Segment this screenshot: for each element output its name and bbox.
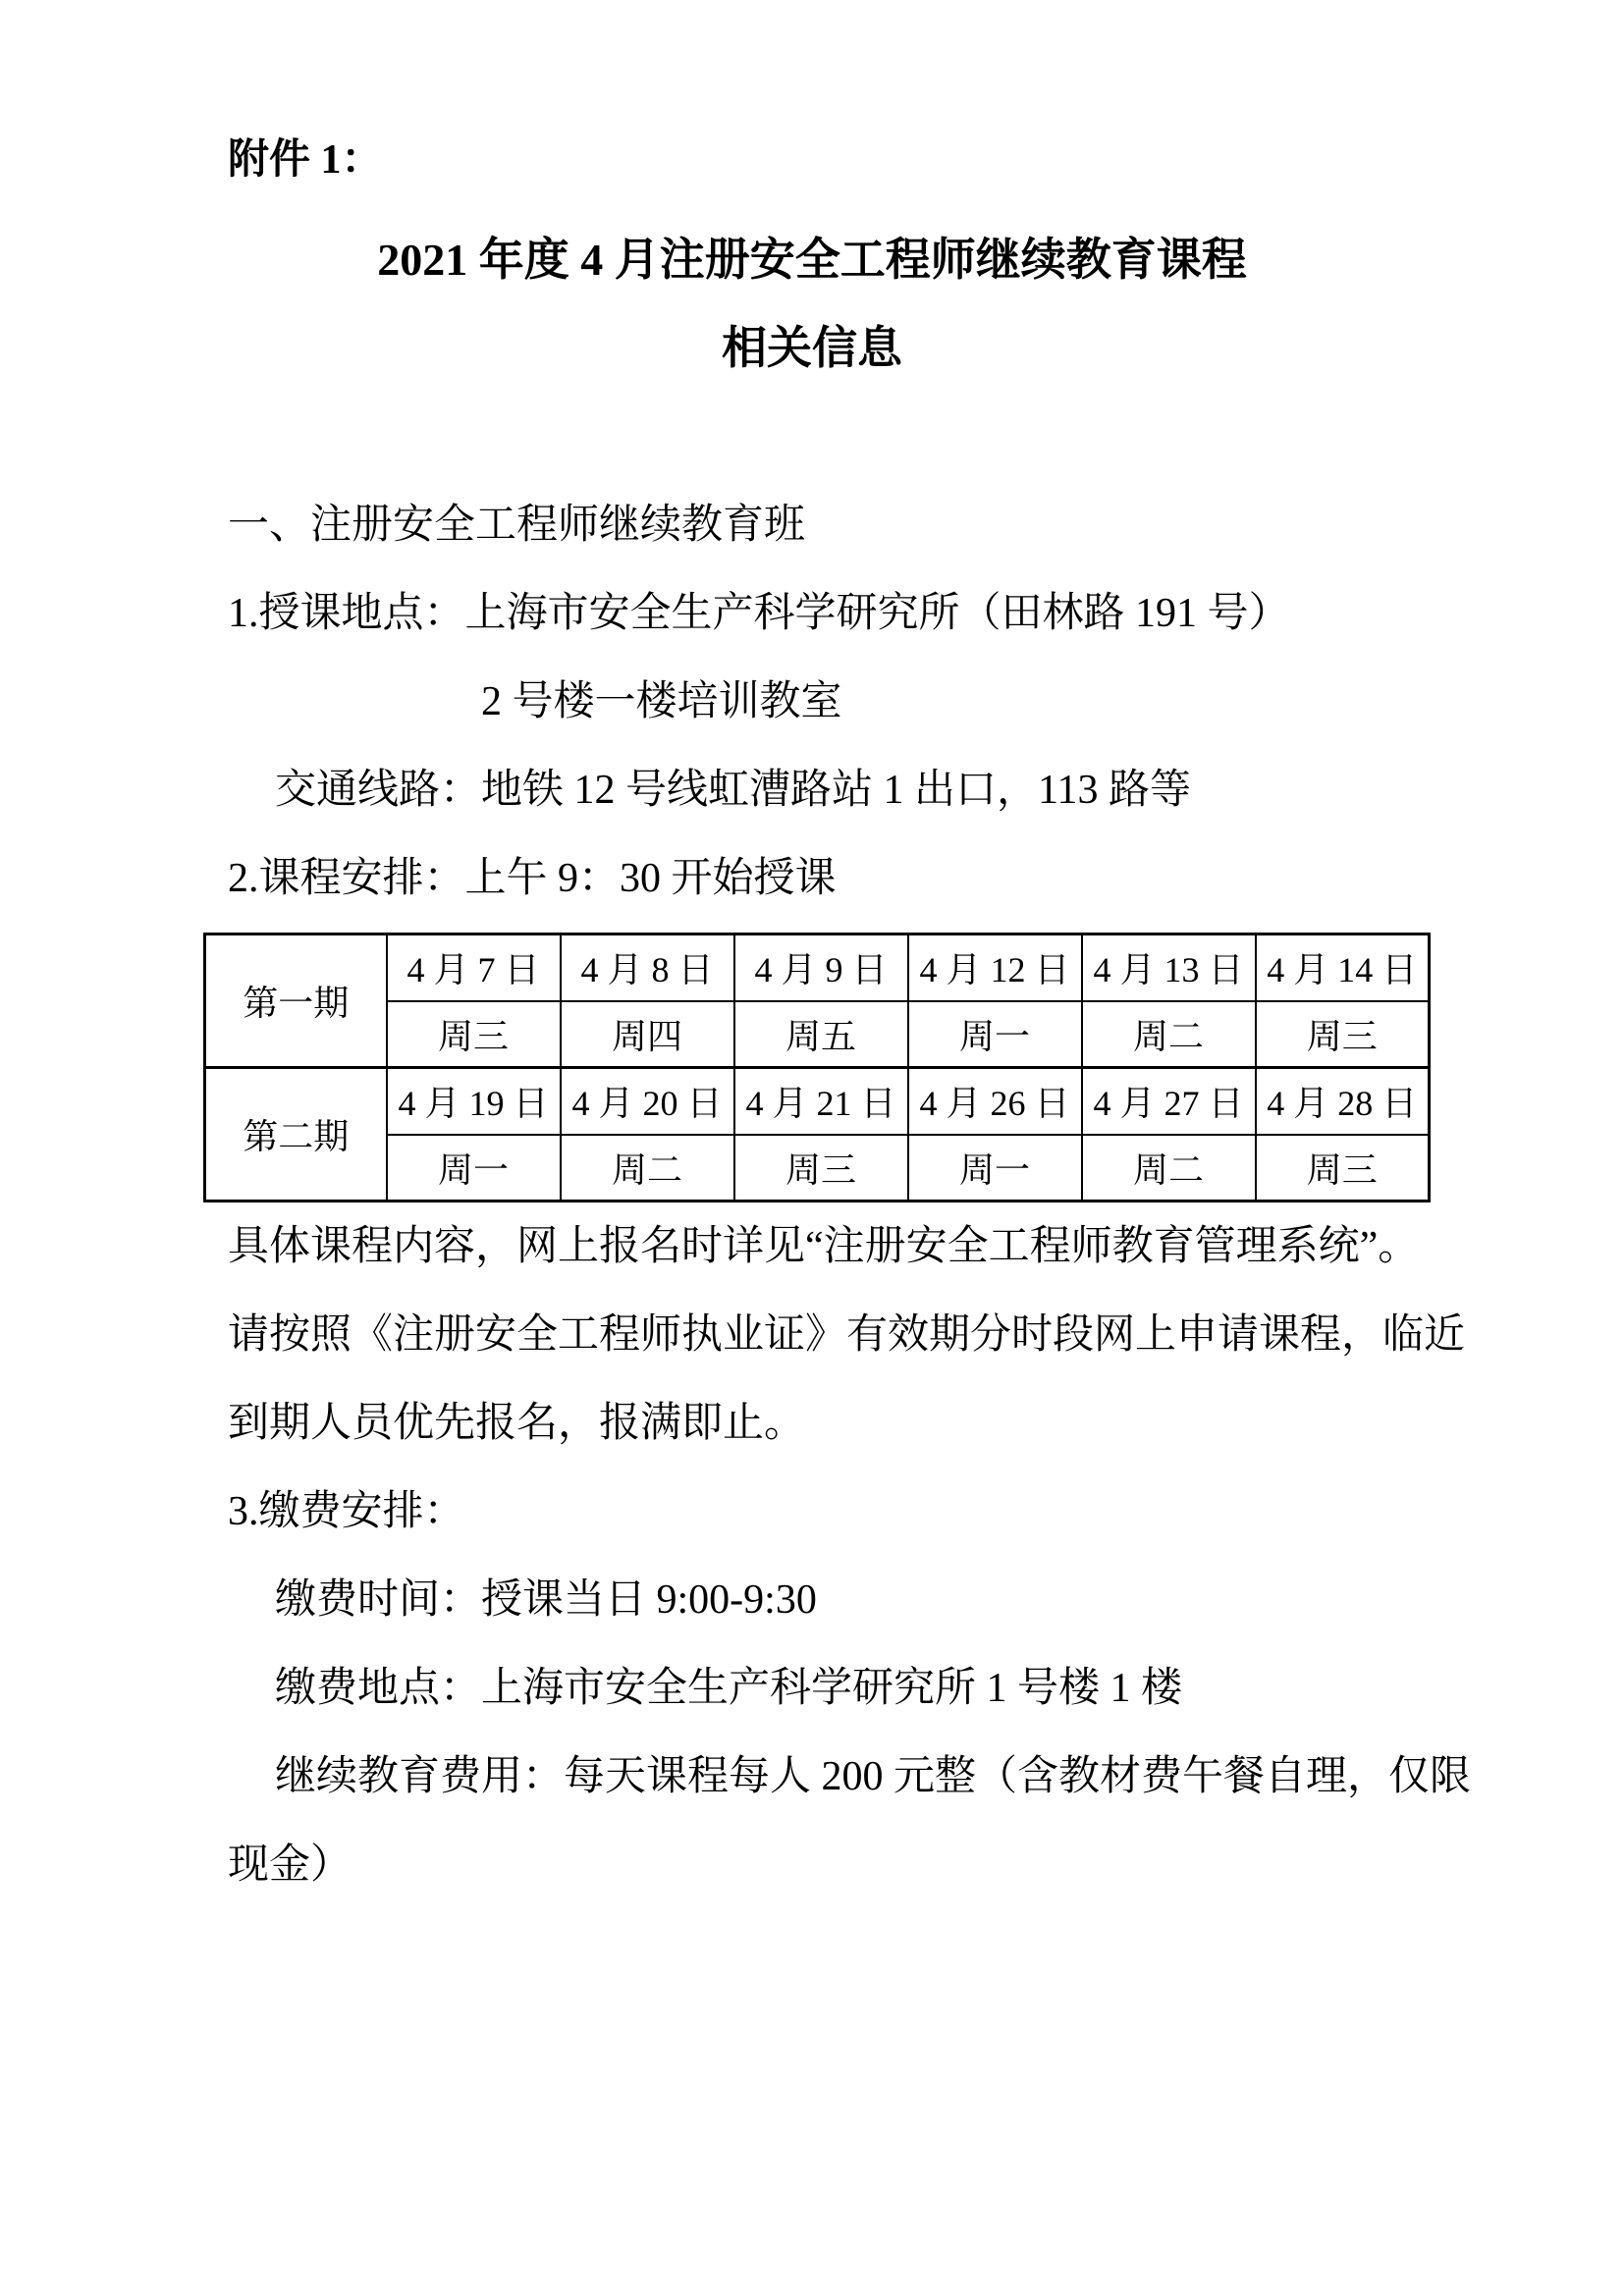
date-cell: 4 月 12 日 [908,934,1082,1001]
date-cell: 4 月 26 日 [908,1068,1082,1135]
attachment-label: 附件 1： [228,116,1624,204]
table-row-period1-weekdays: 周三 周四 周五 周一 周二 周三 [205,1001,1430,1068]
weekday-cell: 周二 [1082,1135,1256,1201]
schedule-table: 第一期 4 月 7 日 4 月 8 日 4 月 9 日 4 月 12 日 4 月… [203,933,1431,1202]
table-row-period1-dates: 第一期 4 月 7 日 4 月 8 日 4 月 9 日 4 月 12 日 4 月… [205,934,1430,1001]
section-heading: 一、注册安全工程师继续教育班 [228,481,1487,569]
para-course-note-3: 到期人员优先报名，报满即止。 [228,1379,1487,1468]
document-title: 2021 年度 4 月注册安全工程师继续教育课程 [0,216,1624,304]
weekday-cell: 周三 [1256,1001,1430,1068]
weekday-cell: 周二 [561,1135,734,1201]
weekday-cell: 周二 [1082,1001,1256,1068]
table-row-period2-dates: 第二期 4 月 19 日 4 月 20 日 4 月 21 日 4 月 26 日 … [205,1068,1430,1135]
table-row-period2-weekdays: 周一 周二 周三 周一 周二 周三 [205,1135,1430,1201]
document-page: 附件 1： 2021 年度 4 月注册安全工程师继续教育课程 相关信息 一、注册… [0,0,1624,2296]
date-cell: 4 月 8 日 [561,934,734,1001]
para-transport-line: 交通线路：地铁 12 号线虹漕路站 1 出口，113 路等 [228,746,1487,834]
para-course-schedule: 2.课程安排：上午 9：30 开始授课 [228,834,1487,923]
para-payment-fee-2: 现金） [228,1821,1487,1909]
para-payment-heading: 3.缴费安排： [228,1468,1487,1556]
para-payment-fee-1: 继续教育费用：每天课程每人 200 元整（含教材费午餐自理，仅限 [228,1733,1487,1821]
weekday-cell: 周一 [908,1135,1082,1201]
date-cell: 4 月 7 日 [387,934,561,1001]
weekday-cell: 周五 [734,1001,908,1068]
weekday-cell: 周三 [387,1001,561,1068]
weekday-cell: 周一 [387,1135,561,1201]
date-cell: 4 月 21 日 [734,1068,908,1135]
weekday-cell: 周三 [1256,1135,1430,1201]
para-payment-time: 缴费时间：授课当日 9:00-9:30 [228,1556,1487,1644]
para-teaching-location: 1.授课地点：上海市安全生产科学研究所（田林路 191 号） [228,569,1487,658]
date-cell: 4 月 9 日 [734,934,908,1001]
para-teaching-location-cont: 2 号楼一楼培训教室 [228,658,1487,746]
period1-label-cell: 第一期 [205,934,387,1068]
date-cell: 4 月 28 日 [1256,1068,1430,1135]
para-payment-place: 缴费地点：上海市安全生产科学研究所 1 号楼 1 楼 [228,1644,1487,1733]
weekday-cell: 周三 [734,1135,908,1201]
period2-label-cell: 第二期 [205,1068,387,1201]
weekday-cell: 周一 [908,1001,1082,1068]
date-cell: 4 月 20 日 [561,1068,734,1135]
date-cell: 4 月 14 日 [1256,934,1430,1001]
para-course-note-1: 具体课程内容，网上报名时详见“注册安全工程师教育管理系统”。 [228,1202,1487,1291]
date-cell: 4 月 13 日 [1082,934,1256,1001]
date-cell: 4 月 19 日 [387,1068,561,1135]
para-course-note-2: 请按照《注册安全工程师执业证》有效期分时段网上申请课程，临近 [228,1291,1487,1379]
weekday-cell: 周四 [561,1001,734,1068]
date-cell: 4 月 27 日 [1082,1068,1256,1135]
document-subtitle: 相关信息 [0,304,1624,393]
